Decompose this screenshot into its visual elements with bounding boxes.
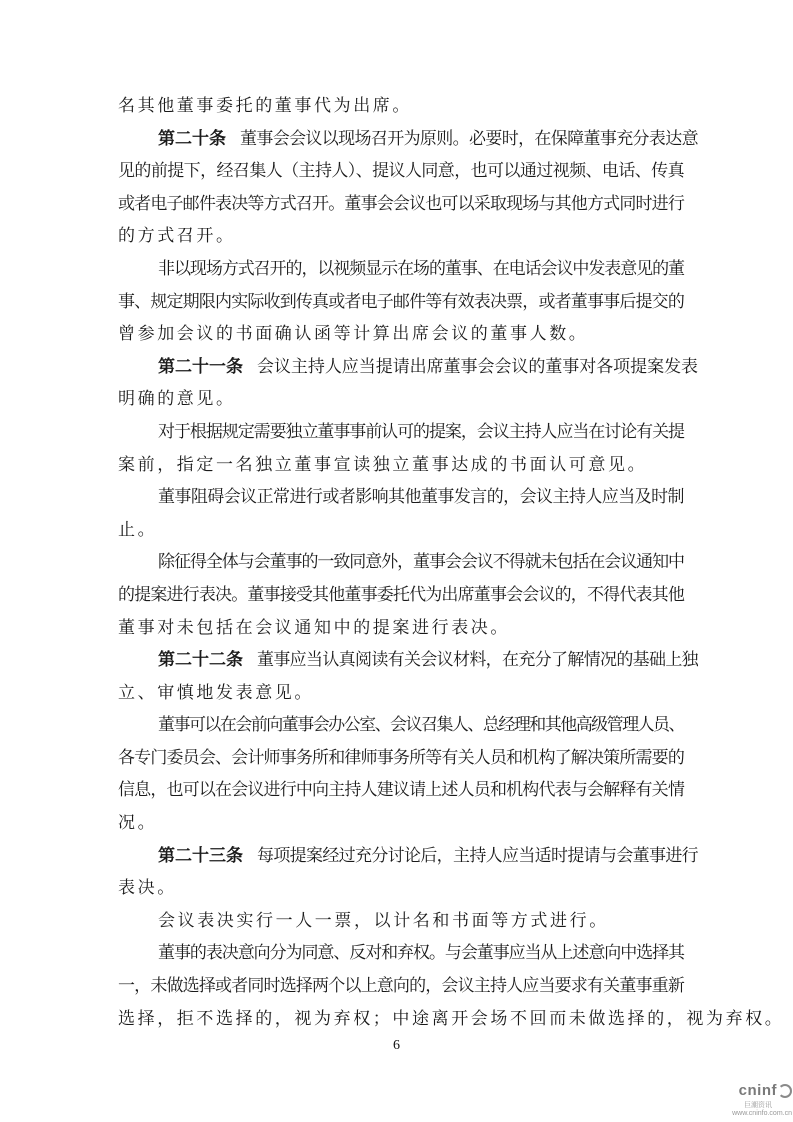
text-line: 信息，也可以在会议进行中向主持人建议请上述人员和机构代表与会解释有关情: [118, 774, 684, 807]
text-line: 第二十一条会议主持人应当提请出席董事会会议的董事对各项提案发表: [118, 351, 684, 384]
page-number: 6: [393, 1038, 400, 1054]
line-text: 会议表决实行一人一票，以计名和书面等方式进行。: [158, 911, 609, 931]
line-text: 曾参加会议的书面确认函等计算出席会议的董事人数。: [118, 324, 588, 344]
text-line: 或者电子邮件表决等方式召开。董事会会议也可以采取现场与其他方式同时进行: [118, 188, 684, 221]
line-text: 或者电子邮件表决等方式召开。董事会会议也可以采取现场与其他方式同时进行: [118, 194, 684, 214]
line-text: 非以现场方式召开的，以视频显示在场的董事、在电话会议中发表意见的董: [158, 259, 684, 279]
line-text: 名其他董事委托的董事代为出席。: [118, 96, 412, 116]
text-line: 董事对未包括在会议通知中的提案进行表决。: [118, 612, 684, 645]
article-heading: 第二十三条: [158, 846, 243, 866]
line-text: 董事的表决意向分为同意、反对和弃权。与会董事应当从上述意向中选择其: [158, 943, 684, 963]
line-text: 会议主持人应当提请出席董事会会议的董事对各项提案发表: [257, 357, 698, 377]
article-heading: 第二十条: [158, 129, 226, 149]
text-line: 见的前提下，经召集人（主持人）、提议人同意，也可以通过视频、电话、传真: [118, 155, 684, 188]
line-text: 事、规定期限内实际收到传真或者电子邮件等有效表决票，或者董事事后提交的: [118, 292, 684, 312]
line-text: 董事对未包括在会议通知中的提案进行表决。: [118, 618, 510, 638]
text-line: 各专门委员会、会计师事务所和律师事务所等有关人员和机构了解决策所需要的: [118, 742, 684, 775]
line-text: 表决。: [118, 878, 177, 898]
text-line: 董事可以在会前向董事会办公室、会议召集人、总经理和其他高级管理人员、: [118, 709, 684, 742]
line-text: 见的前提下，经召集人（主持人）、提议人同意，也可以通过视频、电话、传真: [118, 161, 684, 181]
line-text: 止。: [118, 520, 157, 540]
line-text: 案前，指定一名独立董事宣读独立董事达成的书面认可意见。: [118, 455, 647, 475]
text-line: 表决。: [118, 872, 684, 905]
text-line: 董事的表决意向分为同意、反对和弃权。与会董事应当从上述意向中选择其: [118, 937, 684, 970]
document-body: 名其他董事委托的董事代为出席。第二十条董事会会议以现场召开为原则。必要时，在保障…: [118, 90, 684, 1035]
line-text: 一，未做选择或者同时选择两个以上意向的，会议主持人应当要求有关董事重新: [118, 976, 684, 996]
text-line: 明确的意见。: [118, 383, 684, 416]
line-text: 的提案进行表决。董事接受其他董事委托代为出席董事会会议的，不得代表其他: [118, 585, 684, 605]
line-text: 立、审慎地发表意见。: [118, 683, 314, 703]
text-line: 的方式召开。: [118, 220, 684, 253]
line-text: 对于根据规定需要独立董事事前认可的提案，会议主持人应当在讨论有关提: [158, 422, 684, 442]
line-text: 况。: [118, 813, 157, 833]
cninfo-watermark: cninf 巨潮资讯 www.cninfo.com.cn: [720, 1082, 792, 1117]
article-heading: 第二十二条: [158, 650, 243, 670]
line-text: 董事阻碍会议正常进行或者影响其他董事发言的，会议主持人应当及时制: [158, 487, 684, 507]
line-text: 的方式召开。: [118, 226, 236, 246]
text-line: 非以现场方式召开的，以视频显示在场的董事、在电话会议中发表意见的董: [118, 253, 684, 286]
text-line: 选择，拒不选择的，视为弃权；中途离开会场不回而未做选择的，视为弃权。: [118, 1003, 684, 1036]
text-line: 名其他董事委托的董事代为出席。: [118, 90, 684, 123]
line-text: 选择，拒不选择的，视为弃权；中途离开会场不回而未做选择的，视为弃权。: [118, 1009, 784, 1029]
line-text: 董事应当认真阅读有关会议材料，在充分了解情况的基础上独: [257, 650, 698, 670]
text-line: 事、规定期限内实际收到传真或者电子邮件等有效表决票，或者董事事后提交的: [118, 286, 684, 319]
text-line: 第二十三条每项提案经过充分讨论后，主持人应当适时提请与会董事进行: [118, 840, 684, 873]
text-line: 案前，指定一名独立董事宣读独立董事达成的书面认可意见。: [118, 449, 684, 482]
text-line: 的提案进行表决。董事接受其他董事委托代为出席董事会会议的，不得代表其他: [118, 579, 684, 612]
text-line: 除征得全体与会董事的一致同意外，董事会会议不得就未包括在会议通知中: [118, 546, 684, 579]
line-text: 各专门委员会、会计师事务所和律师事务所等有关人员和机构了解决策所需要的: [118, 748, 684, 768]
line-text: 董事可以在会前向董事会办公室、会议召集人、总经理和其他高级管理人员、: [158, 715, 684, 735]
line-text: 除征得全体与会董事的一致同意外，董事会会议不得就未包括在会议通知中: [158, 552, 684, 572]
watermark-brand: cninf: [739, 1082, 777, 1099]
watermark-chinese-name: 巨潮资讯: [720, 1100, 772, 1110]
article-heading: 第二十一条: [158, 357, 243, 377]
text-line: 第二十二条董事应当认真阅读有关会议材料，在充分了解情况的基础上独: [118, 644, 684, 677]
text-line: 止。: [118, 514, 684, 547]
text-line: 曾参加会议的书面确认函等计算出席会议的董事人数。: [118, 318, 684, 351]
text-line: 况。: [118, 807, 684, 840]
cninfo-swirl-icon: [778, 1084, 792, 1098]
line-text: 明确的意见。: [118, 389, 236, 409]
line-text: 每项提案经过充分讨论后，主持人应当适时提请与会董事进行: [257, 846, 698, 866]
text-line: 对于根据规定需要独立董事事前认可的提案，会议主持人应当在讨论有关提: [118, 416, 684, 449]
text-line: 董事阻碍会议正常进行或者影响其他董事发言的，会议主持人应当及时制: [118, 481, 684, 514]
line-text: 信息，也可以在会议进行中向主持人建议请上述人员和机构代表与会解释有关情: [118, 780, 684, 800]
text-line: 第二十条董事会会议以现场召开为原则。必要时，在保障董事充分表达意: [118, 123, 684, 156]
text-line: 一，未做选择或者同时选择两个以上意向的，会议主持人应当要求有关董事重新: [118, 970, 684, 1003]
line-text: 董事会会议以现场召开为原则。必要时，在保障董事充分表达意: [240, 129, 698, 149]
watermark-url: www.cninfo.com.cn: [720, 1110, 792, 1117]
text-line: 立、审慎地发表意见。: [118, 677, 684, 710]
text-line: 会议表决实行一人一票，以计名和书面等方式进行。: [118, 905, 684, 938]
